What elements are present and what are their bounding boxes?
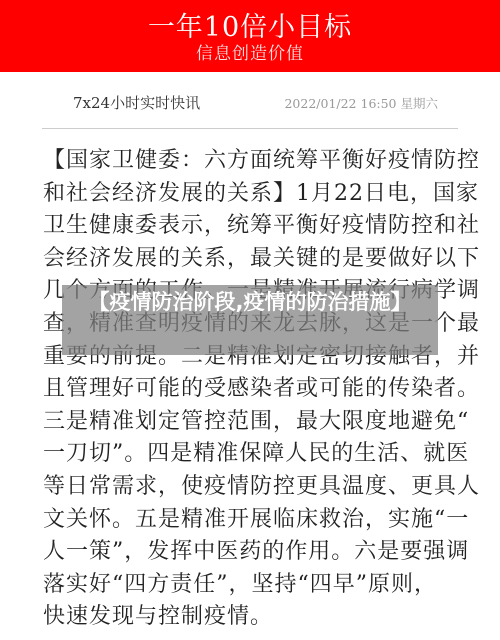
article-body: 【国家卫健委：六方面统筹平衡好疫情防控 和社会经济发展的关系】1月22日电，国家… [43, 145, 473, 634]
article-line: 卫生健康委表示，统筹平衡好疫情防控和社 [43, 210, 473, 243]
article-meta: 7x24小时实时快讯 2022/01/22 16:50 星期六 [42, 86, 458, 129]
article-line: 会经济发展的关系，最关键的是要做好以下 [43, 243, 473, 276]
header-banner: 一年10倍小目标 信息创造价值 [0, 0, 500, 72]
banner-subtitle: 信息创造价值 [0, 44, 500, 64]
title-overlay: 【疫情防治阶段,疫情的防治措施】 [62, 285, 438, 355]
article-line: 等日常需求，使疫情防控更具温度、更具人 [43, 471, 473, 504]
article-line: 三是精准划定管控范围，最大限度地避免“ [43, 406, 473, 439]
section-label: 7x24小时实时快讯 [73, 92, 200, 113]
article-line: 且管理好可能的受感染者或可能的传染者。 [43, 373, 473, 406]
article-line: 人一策”，发挥中医药的作用。六是要强调 [43, 536, 473, 569]
article-line: 【国家卫健委：六方面统筹平衡好疫情防控 [43, 145, 473, 178]
banner-title: 一年10倍小目标 [0, 13, 500, 43]
article-line: 快速发现与控制疫情。 [43, 601, 473, 634]
article-line: 文关怀。五是精准开展临床救治，实施“一 [43, 504, 473, 537]
article-line: 和社会经济发展的关系】1月22日电，国家 [43, 178, 473, 211]
article-line: 一刀切”。四是精准保障人民的生活、就医 [43, 438, 473, 471]
article-line: 落实好“四方责任”，坚持“四早”原则， [43, 569, 473, 602]
article-datetime: 2022/01/22 16:50 星期六 [284, 94, 438, 112]
